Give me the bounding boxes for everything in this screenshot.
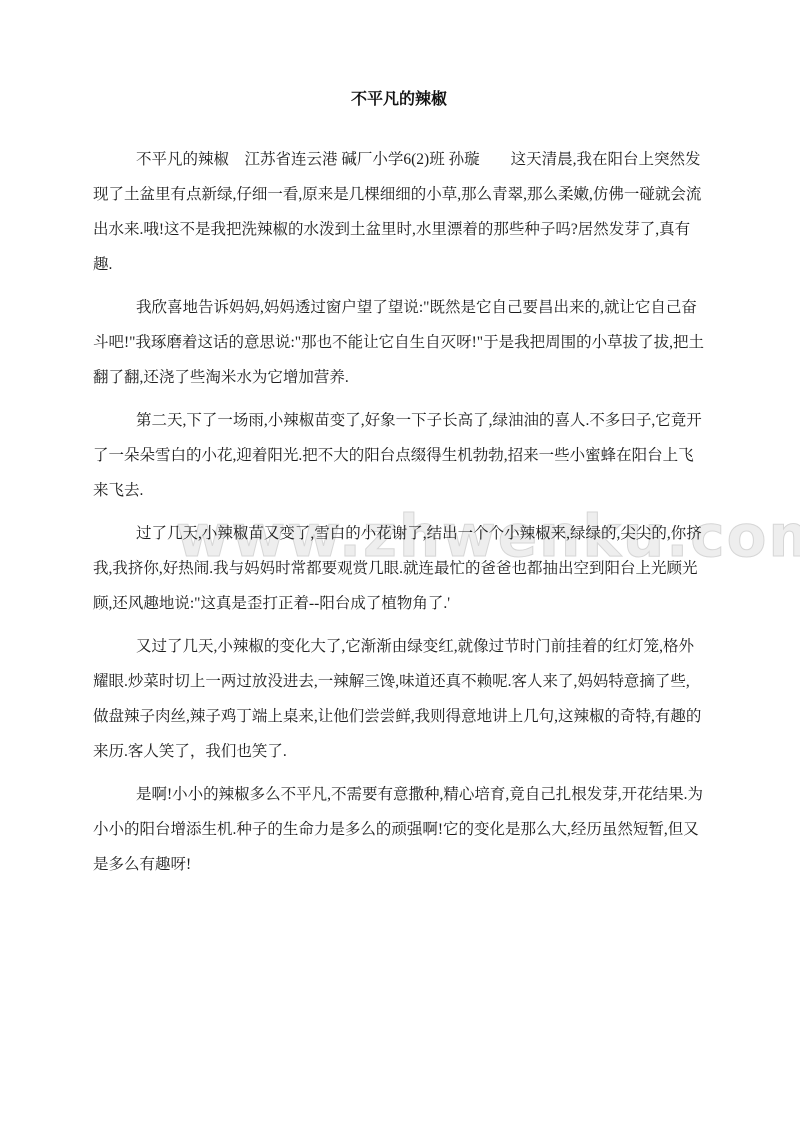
paragraph: 第二天,下了一场雨,小辣椒苗变了,好象一下子长高了,绿油油的喜人.不多曰子,它竟… [93, 403, 705, 508]
page-title: 不平凡的辣椒 [93, 88, 705, 112]
paragraph: 不平凡的辣椒 江苏省连云港 碱厂小学6(2)班 孙璇 这天清晨,我在阳台上突然发… [93, 142, 705, 282]
paragraph: 又过了几天,小辣椒的变化大了,它渐渐由绿变红,就像过节时门前挂着的红灯笼,格外耀… [93, 629, 705, 769]
paragraph: 是啊!小小的辣椒多么不平凡,不需要有意撒种,精心培育,竟自己扎根发芽,开花结果.… [93, 777, 705, 882]
document-body: 不平凡的辣椒 江苏省连云港 碱厂小学6(2)班 孙璇 这天清晨,我在阳台上突然发… [93, 142, 705, 882]
paragraph: 我欣喜地告诉妈妈,妈妈透过窗户望了望说:"既然是它自己要昌出来的,就让它自己奋斗… [93, 290, 705, 395]
document-page: www.zhwenku.com 不平凡的辣椒 不平凡的辣椒 江苏省连云港 碱厂小… [0, 0, 800, 1132]
paragraph: 过了几天,小辣椒苗又变了,雪白的小花谢了,结出一个个小辣椒来,绿绿的,尖尖的,你… [93, 516, 705, 621]
